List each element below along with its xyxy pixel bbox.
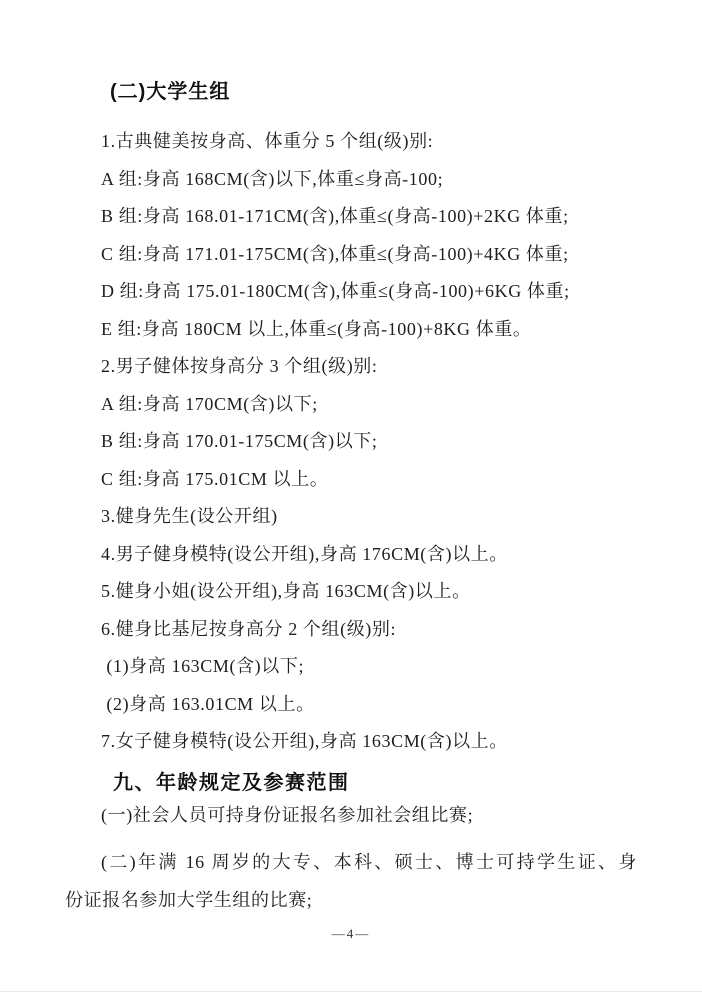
doc-line-classic-bodybuilding: 1.古典健美按身高、体重分 5 个组(级)别: [65,123,637,161]
doc-line-group-e1: E 组:身高 180CM 以上,体重≤(身高-100)+8KG 体重。 [65,311,637,349]
doc-para-students-line2: 份证报名参加大学生组的比赛; [65,882,637,920]
doc-line-fitness-miss: 5.健身小姐(设公开组),身高 163CM(含)以上。 [65,573,637,611]
section-main-heading: 九、年龄规定及参赛范围 [65,769,637,797]
doc-line-group-b1: B 组:身高 168.01-171CM(含),体重≤(身高-100)+2KG 体… [65,198,637,236]
doc-line-group-a1: A 组:身高 168CM(含)以下,体重≤身高-100; [65,161,637,199]
doc-line-group-c2: C 组:身高 175.01CM 以上。 [65,461,637,499]
doc-line-group-a2: A 组:身高 170CM(含)以下; [65,386,637,424]
doc-line-female-fitness-model: 7.女子健身模特(设公开组),身高 163CM(含)以上。 [65,723,637,761]
doc-line-bikini-sub2: (2)身高 163.01CM 以上。 [65,686,637,724]
doc-line-group-b2: B 组:身高 170.01-175CM(含)以下; [65,423,637,461]
section-sub-heading: (二)大学生组 [65,80,637,104]
doc-line-bikini: 6.健身比基尼按身高分 2 个组(级)别: [65,611,637,649]
document-content: (二)大学生组 1.古典健美按身高、体重分 5 个组(级)别: A 组:身高 1… [0,0,702,919]
doc-line-group-c1: C 组:身高 171.01-175CM(含),体重≤(身高-100)+4KG 体… [65,236,637,274]
doc-para-students-line1: (二)年满 16 周岁的大专、本科、硕士、博士可持学生证、身 [65,844,637,882]
doc-line-group-d1: D 组:身高 175.01-180CM(含),体重≤(身高-100)+6KG 体… [65,273,637,311]
doc-line-fitness-mister: 3.健身先生(设公开组) [65,498,637,536]
document-page: (二)大学生组 1.古典健美按身高、体重分 5 个组(级)别: A 组:身高 1… [0,0,702,992]
page-number: —4— [0,926,702,942]
doc-line-male-fitness-model: 4.男子健身模特(设公开组),身高 176CM(含)以上。 [65,536,637,574]
doc-para-society: (一)社会人员可持身份证报名参加社会组比赛; [65,797,637,835]
doc-line-bikini-sub1: (1)身高 163CM(含)以下; [65,648,637,686]
doc-line-mens-physique: 2.男子健体按身高分 3 个组(级)别: [65,348,637,386]
